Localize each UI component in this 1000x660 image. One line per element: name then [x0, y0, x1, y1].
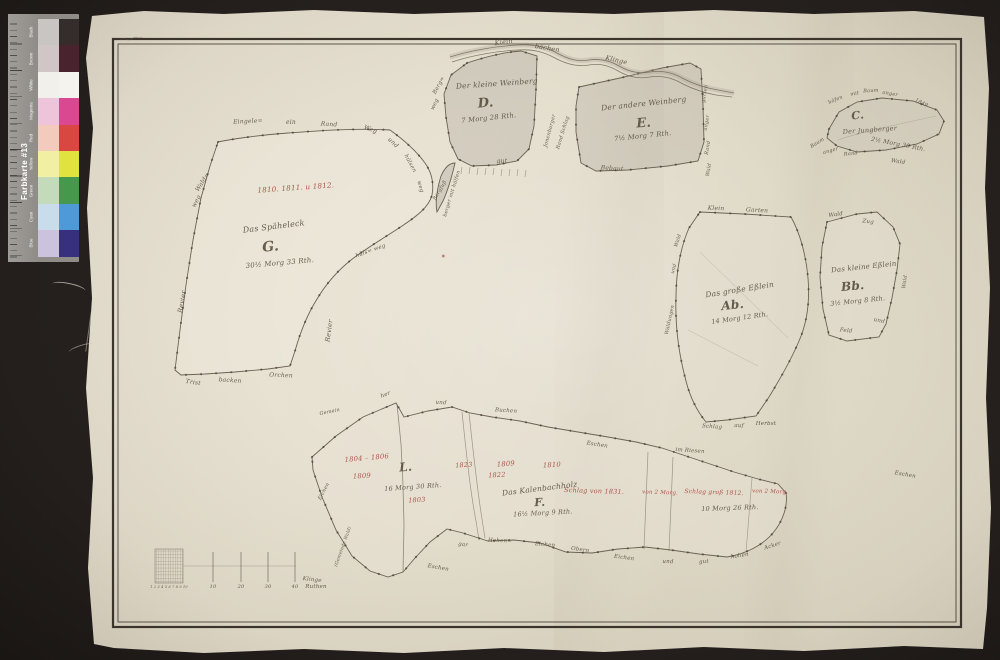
color-swatch-yellow-solid — [59, 151, 80, 177]
color-swatch-black-solid — [59, 19, 80, 45]
color-swatch-white-tint — [38, 72, 59, 98]
swatch-label-cyan: Cyan — [29, 212, 34, 223]
color-swatch-brown-solid — [59, 45, 80, 71]
color-swatch-blue-tint — [38, 230, 59, 256]
color-swatch-cyan-solid — [59, 204, 80, 230]
color-swatch-cyan-tint — [38, 204, 59, 230]
color-swatch-green-solid — [59, 177, 80, 203]
color-calibration-card: Farbkarte #13 BlackBrownWhiteMagentaRedY… — [8, 14, 79, 262]
swatch-label-brown: Brown — [29, 52, 34, 65]
color-swatch-yellow-tint — [38, 151, 59, 177]
swatch-label-yellow: Yellow — [29, 158, 34, 171]
ruler-ticks-large — [10, 18, 22, 258]
swatch-label-red: Red — [29, 134, 34, 142]
color-swatch-magenta-tint — [38, 98, 59, 124]
color-swatch-magenta-solid — [59, 98, 80, 124]
color-swatch-black-tint — [38, 19, 59, 45]
swatch-label-blue: Blue — [29, 239, 34, 248]
map-sheet — [84, 8, 994, 654]
color-swatch-brown-tint — [38, 45, 59, 71]
swatch-label-magenta: Magenta — [29, 103, 34, 121]
color-swatch-blue-solid — [59, 230, 80, 256]
color-swatch-red-tint — [38, 125, 59, 151]
paper-vignette — [84, 8, 994, 654]
paper-crease — [744, 8, 854, 654]
paper-fiber — [51, 280, 86, 296]
scan-background: 1810. 1811. u 1812.Das SpäheleckG.30½ Mo… — [0, 0, 1000, 660]
paper-crease — [554, 8, 664, 654]
ruler-strip — [8, 14, 38, 262]
color-swatch-red-solid — [59, 125, 80, 151]
swatch-label-black: Black — [29, 27, 34, 38]
swatch-label-green: Green — [29, 184, 34, 197]
color-swatch-white-solid — [59, 72, 80, 98]
color-swatch-green-tint — [38, 177, 59, 203]
swatch-label-white: White — [29, 79, 34, 91]
